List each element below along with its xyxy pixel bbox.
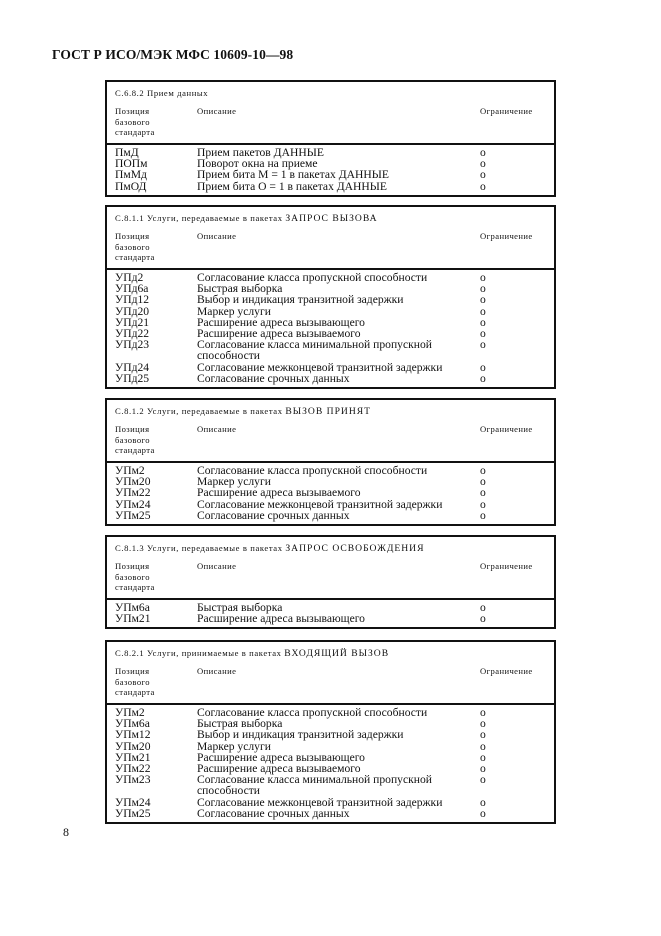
- cell-description: Согласование класса минимальной пропускн…: [197, 339, 467, 361]
- cell-description: Расширение адреса вызываемого: [197, 487, 467, 498]
- cell-position: УПм21: [115, 613, 151, 624]
- spec-table: C.8.1.2 Услуги, передаваемые в пакетах В…: [105, 398, 556, 526]
- cell-description: Согласование срочных данных: [197, 510, 467, 521]
- table-title: C.6.8.2 Прием данных: [107, 82, 554, 100]
- table-row: УПм21Расширение адреса вызывающегоo: [107, 613, 554, 624]
- table-title-packet: ВЫЗОВ ПРИНЯТ: [285, 406, 371, 417]
- document-header: ГОСТ Р ИСО/МЭК МФС 10609-10—98: [52, 47, 293, 63]
- table-title-packet: ЗАПРОС ВЫЗОВА: [285, 213, 377, 224]
- spec-table: C.8.1.3 Услуги, передаваемые в пакетах З…: [105, 535, 556, 629]
- column-header-position: Позиция базового стандарта: [115, 106, 155, 138]
- cell-limit: o: [480, 181, 486, 192]
- table-header: Позиция базового стандартаОписаниеОграни…: [107, 555, 554, 600]
- table-row: УПд12Выбор и индикация транзитной задерж…: [107, 294, 554, 305]
- cell-position: УПм25: [115, 808, 151, 819]
- column-header-limit: Ограничение: [480, 666, 533, 677]
- table-header: Позиция базового стандартаОписаниеОграни…: [107, 660, 554, 705]
- column-header-description: Описание: [197, 231, 236, 242]
- cell-limit: o: [480, 339, 486, 350]
- cell-position: УПд23: [115, 339, 149, 350]
- table-row: ПмОДПрием бита О = 1 в пакетах ДАННЫЕo: [107, 181, 554, 192]
- cell-description: Согласование класса минимальной пропускн…: [197, 774, 467, 796]
- cell-position: УПм12: [115, 729, 151, 740]
- cell-limit: o: [480, 169, 486, 180]
- column-header-limit: Ограничение: [480, 424, 533, 435]
- cell-limit: o: [480, 510, 486, 521]
- column-header-description: Описание: [197, 561, 236, 572]
- table-title: C.8.2.1 Услуги, принимаемые в пакетах ВХ…: [107, 642, 554, 660]
- table-title-prefix: C.8.2.1 Услуги, принимаемые в пакетах: [115, 648, 284, 658]
- table-row: УПд23Согласование класса минимальной про…: [107, 339, 554, 361]
- cell-limit: o: [480, 613, 486, 624]
- table-title: C.8.1.2 Услуги, передаваемые в пакетах В…: [107, 400, 554, 418]
- cell-limit: o: [480, 373, 486, 384]
- column-header-position: Позиция базового стандарта: [115, 231, 155, 263]
- spec-table: C.8.2.1 Услуги, принимаемые в пакетах ВХ…: [105, 640, 556, 824]
- table-title-packet: ВХОДЯЩИЙ ВЫЗОВ: [284, 648, 389, 659]
- table-row: УПм23Согласование класса минимальной про…: [107, 774, 554, 796]
- cell-description: Выбор и индикация транзитной задержки: [197, 294, 467, 305]
- cell-limit: o: [480, 487, 486, 498]
- table-header: Позиция базового стандартаОписаниеОграни…: [107, 418, 554, 463]
- column-header-position: Позиция базового стандарта: [115, 666, 155, 698]
- table-title-prefix: C.8.1.3 Услуги, передаваемые в пакетах: [115, 543, 285, 553]
- table-title-prefix: C.8.1.2 Услуги, передаваемые в пакетах: [115, 406, 285, 416]
- column-header-description: Описание: [197, 106, 236, 117]
- table-row: УПм25Согласование срочных данныхo: [107, 510, 554, 521]
- table-row: УПм2Согласование класса пропускной спосо…: [107, 707, 554, 718]
- table-title-prefix: C.6.8.2 Прием данных: [115, 88, 208, 98]
- table-row: УПд25Согласование срочных данныхo: [107, 373, 554, 384]
- table-row: ПмМдПрием бита М = 1 в пакетах ДАННЫЕo: [107, 169, 554, 180]
- column-header-description: Описание: [197, 424, 236, 435]
- cell-description: Согласование срочных данных: [197, 808, 467, 819]
- cell-position: УПм25: [115, 510, 151, 521]
- spec-table: C.6.8.2 Прием данныхПозиция базового ста…: [105, 80, 556, 197]
- cell-limit: o: [480, 774, 486, 785]
- table-row: ПмДПрием пакетов ДАННЫЕo: [107, 147, 554, 158]
- table-header: Позиция базового стандартаОписаниеОграни…: [107, 100, 554, 145]
- table-row: УПм12Выбор и индикация транзитной задерж…: [107, 729, 554, 740]
- cell-position: ПмМд: [115, 169, 147, 180]
- cell-description: Выбор и индикация транзитной задержки: [197, 729, 467, 740]
- cell-position: УПд25: [115, 373, 149, 384]
- table-row: УПм22Расширение адреса вызываемогоo: [107, 487, 554, 498]
- cell-position: УПм23: [115, 774, 151, 785]
- cell-limit: o: [480, 808, 486, 819]
- column-header-position: Позиция базового стандарта: [115, 561, 155, 593]
- cell-limit: o: [480, 294, 486, 305]
- table-title-packet: ЗАПРОС ОСВОБОЖДЕНИЯ: [285, 543, 424, 554]
- column-header-limit: Ограничение: [480, 231, 533, 242]
- table-title: C.8.1.1 Услуги, передаваемые в пакетах З…: [107, 207, 554, 225]
- table-title-prefix: C.8.1.1 Услуги, передаваемые в пакетах: [115, 213, 285, 223]
- column-header-limit: Ограничение: [480, 561, 533, 572]
- table-title: C.8.1.3 Услуги, передаваемые в пакетах З…: [107, 537, 554, 555]
- page-number: 8: [63, 825, 69, 840]
- cell-limit: o: [480, 729, 486, 740]
- column-header-limit: Ограничение: [480, 106, 533, 117]
- table-header: Позиция базового стандартаОписаниеОграни…: [107, 225, 554, 270]
- cell-position: УПд12: [115, 294, 149, 305]
- spec-table: C.8.1.1 Услуги, передаваемые в пакетах З…: [105, 205, 556, 389]
- cell-description: Прием бита О = 1 в пакетах ДАННЫЕ: [197, 181, 467, 192]
- cell-position: ПмОД: [115, 181, 146, 192]
- cell-position: УПм22: [115, 487, 151, 498]
- table-row: УПд2Согласование класса пропускной спосо…: [107, 272, 554, 283]
- column-header-position: Позиция базового стандарта: [115, 424, 155, 456]
- table-row: УПм25Согласование срочных данныхo: [107, 808, 554, 819]
- cell-description: Расширение адреса вызывающего: [197, 613, 467, 624]
- table-row: УПм2Согласование класса пропускной спосо…: [107, 465, 554, 476]
- cell-description: Прием бита М = 1 в пакетах ДАННЫЕ: [197, 169, 467, 180]
- cell-description: Согласование срочных данных: [197, 373, 467, 384]
- column-header-description: Описание: [197, 666, 236, 677]
